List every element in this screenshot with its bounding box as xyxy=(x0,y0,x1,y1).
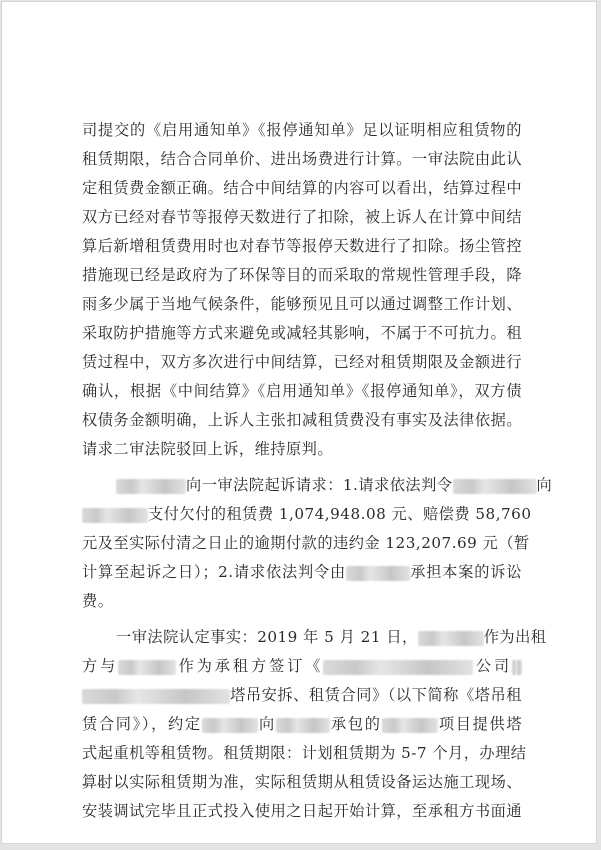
text-line: 权债务金额明确，上诉人主张扣减租赁费没有事实及法律依据。 xyxy=(82,409,522,431)
text-line: 赁合同》），约定向承包的项目提供塔 xyxy=(82,713,522,735)
redacted-party-name xyxy=(276,718,330,733)
text-line: 定租赁费金额正确。结合中间结算的内容可以看出，结算过程中 xyxy=(82,177,522,199)
redacted-party-name xyxy=(202,718,258,733)
text-line: 租赁期限，结合合同单价、进出场费进行计算。一审法院由此认 xyxy=(82,148,522,170)
text-segment: 向一审法院起诉请求：1.请求依法判令 xyxy=(186,476,453,494)
text-line: 一审法院认定事实：2019 年 5 月 21 日，作为出租 xyxy=(82,626,522,648)
text-segment: 向 xyxy=(258,715,276,733)
text-line: 元及至实际付清之日止的逾期付款的违约金 123,207.69 元（暂 xyxy=(82,532,522,554)
text-line: 赁过程中，双方多次进行中间结算，已经对租赁期限及金额进行 xyxy=(82,351,522,373)
text-segment: 项目提供塔 xyxy=(438,715,522,733)
redacted-party-name xyxy=(116,479,186,494)
text-segment: 一审法院认定事实：2019 年 5 月 21 日， xyxy=(116,628,418,646)
text-line: 采取防护措施等方式来避免或减轻其影响，不属于不可抗力。租 xyxy=(82,322,522,344)
text-line: 费。 xyxy=(82,590,522,612)
redacted-party-name xyxy=(418,631,484,646)
page-number: - 4 - xyxy=(82,776,124,792)
text-line: 支付欠付的租赁费 1,074,948.08 元、赔偿费 58,760 xyxy=(82,503,522,525)
text-line: 双方已经对春节等报停天数进行了扣除，被上诉人在计算中间结 xyxy=(82,206,522,228)
text-segment: 支付欠付的租赁费 1,074,948.08 元、赔偿费 58,760 xyxy=(148,505,532,523)
text-segment: 承担本案的诉讼 xyxy=(410,563,522,581)
text-segment: 向 xyxy=(537,476,553,494)
text-line: 司提交的《启用通知单》《报停通知单》足以证明相应租赁物的 xyxy=(82,119,522,141)
text-line: 方与作为承租方签订《公司 xyxy=(82,655,522,677)
redacted-party-name xyxy=(118,660,176,675)
redacted-company-name xyxy=(323,660,473,675)
text-line: 计算至起诉之日）；2.请求依法判令由承担本案的诉讼 xyxy=(82,561,522,583)
text-segment: 计算至起诉之日）；2.请求依法判令由 xyxy=(82,563,346,581)
text-segment: 塔吊安拆、租赁合同》（以下简称《塔吊租 xyxy=(230,686,522,704)
document-page: 司提交的《启用通知单》《报停通知单》足以证明相应租赁物的 租赁期限，结合合同单价… xyxy=(1,1,597,844)
redacted-party-name xyxy=(346,566,410,581)
text-line: 塔吊安拆、租赁合同》（以下简称《塔吊租 xyxy=(82,684,522,706)
text-line: 请求二审法院驳回上诉，维持原判。 xyxy=(82,438,522,460)
text-line: 算后新增租赁费用时也对春节等报停天数进行了扣除。扬尘管控 xyxy=(82,235,522,257)
text-line: 式起重机等租赁物。租赁期限：计划租赁期为 5-7 个月，办理结 xyxy=(82,742,522,764)
text-line: 向一审法院起诉请求：1.请求依法判令向 xyxy=(82,474,522,496)
text-line: 雨多少属于当地气候条件，能够预见且可以通过调整工作计划、 xyxy=(82,293,522,315)
text-line: 安装调试完毕且正式投入使用之日起开始计算，至承租方书面通 xyxy=(82,800,522,822)
redacted-project-name xyxy=(82,689,230,704)
text-segment: 赁合同》），约定 xyxy=(82,715,202,733)
redacted-party-name xyxy=(82,508,148,523)
redacted-project-name xyxy=(382,718,438,733)
text-segment: 方与 xyxy=(82,657,118,675)
redacted-text xyxy=(512,660,522,675)
text-line: 确认，根据《中间结算》《启用通知单》《报停通知单》，双方债 xyxy=(82,380,522,402)
redacted-party-name xyxy=(453,479,537,494)
text-segment: 承包的 xyxy=(330,715,382,733)
text-segment: 作为承租方签订《 xyxy=(176,657,323,675)
text-line: 算时以实际租赁期为准，实际租赁期从租赁设备运达施工现场、 xyxy=(82,771,522,793)
text-line: 措施现已经是政府为了环保等目的而采取的常规性管理手段，降 xyxy=(82,264,522,286)
text-segment: 公司 xyxy=(473,657,512,675)
text-segment: 作为出租 xyxy=(484,628,547,646)
